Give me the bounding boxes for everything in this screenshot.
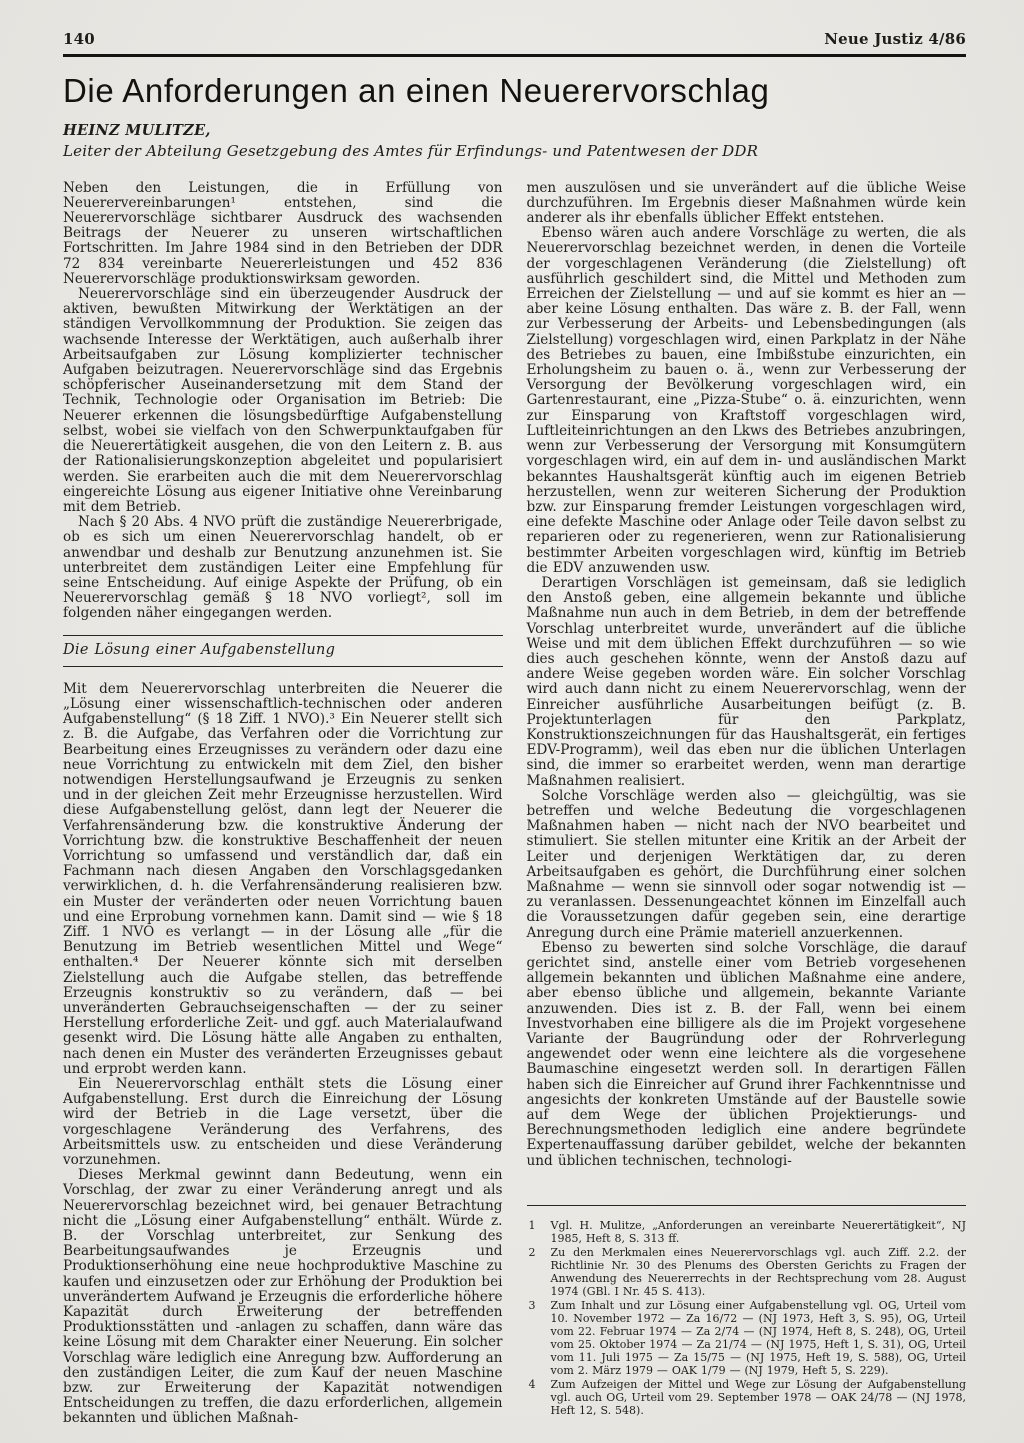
- footnote-number: 1: [527, 1219, 551, 1245]
- journal-page: 140 Neue Justiz 4/86 Die Anforderungen a…: [0, 0, 1024, 1443]
- footnote-text: Vgl. H. Mulitze, „Anforderungen an verei…: [551, 1219, 967, 1245]
- right-column: men auszulösen und sie unverändert auf d…: [527, 181, 967, 1427]
- footnote-number: 4: [527, 1378, 551, 1417]
- author-affiliation: Leiter der Abteilung Gesetzgebung des Am…: [63, 142, 966, 160]
- paragraph: Solche Vorschläge werden also — gleichgü…: [527, 789, 967, 941]
- footnote: 1 Vgl. H. Mulitze, „Anforderungen an ver…: [527, 1219, 967, 1245]
- section-heading: Die Lösung einer Aufgabenstellung: [63, 635, 503, 667]
- paragraph: men auszulösen und sie unverändert auf d…: [527, 181, 967, 227]
- journal-issue: Neue Justiz 4/86: [824, 30, 966, 48]
- footnote-divider: [527, 1205, 967, 1206]
- page-title: Die Anforderungen an einen Neuerervorsch…: [63, 74, 966, 109]
- footnote-number: 2: [527, 1246, 551, 1298]
- author-name: HEINZ MULITZE,: [63, 122, 966, 139]
- paragraph: Mit dem Neuerervorschlag unterbreiten di…: [63, 682, 503, 1077]
- paragraph: Ebenso wären auch andere Vorschläge zu w…: [527, 226, 967, 576]
- article-body: Neben den Leistungen, die in Erfüllung v…: [63, 181, 966, 1427]
- paragraph: Nach § 20 Abs. 4 NVO prüft die zuständig…: [63, 515, 503, 621]
- left-column: Neben den Leistungen, die in Erfüllung v…: [63, 181, 503, 1427]
- paragraph: Neuerervorschläge sind ein überzeugender…: [63, 287, 503, 515]
- running-head: 140 Neue Justiz 4/86: [63, 30, 966, 57]
- paragraph: Ein Neuerervorschlag enthält stets die L…: [63, 1077, 503, 1168]
- footnote-text: Zu den Merkmalen eines Neuerervorschlags…: [551, 1246, 967, 1298]
- footnote: 4 Zum Aufzeigen der Mittel und Wege zur …: [527, 1378, 967, 1417]
- paragraph: Dieses Merkmal gewinnt dann Bedeutung, w…: [63, 1168, 503, 1426]
- footnote-text: Zum Inhalt und zur Lösung einer Aufgaben…: [551, 1299, 967, 1377]
- page-number: 140: [63, 30, 95, 48]
- footnote: 2 Zu den Merkmalen eines Neuerervorschla…: [527, 1246, 967, 1298]
- paragraph: Ebenso zu bewerten sind solche Vorschläg…: [527, 941, 967, 1169]
- footnotes: 1 Vgl. H. Mulitze, „Anforderungen an ver…: [527, 1219, 967, 1417]
- footnote-text: Zum Aufzeigen der Mittel und Wege zur Lö…: [551, 1378, 967, 1417]
- footnote: 3 Zum Inhalt und zur Lösung einer Aufgab…: [527, 1299, 967, 1377]
- footnote-number: 3: [527, 1299, 551, 1377]
- paragraph: Derartigen Vorschlägen ist gemeinsam, da…: [527, 576, 967, 789]
- paragraph: Neben den Leistungen, die in Erfüllung v…: [63, 181, 503, 287]
